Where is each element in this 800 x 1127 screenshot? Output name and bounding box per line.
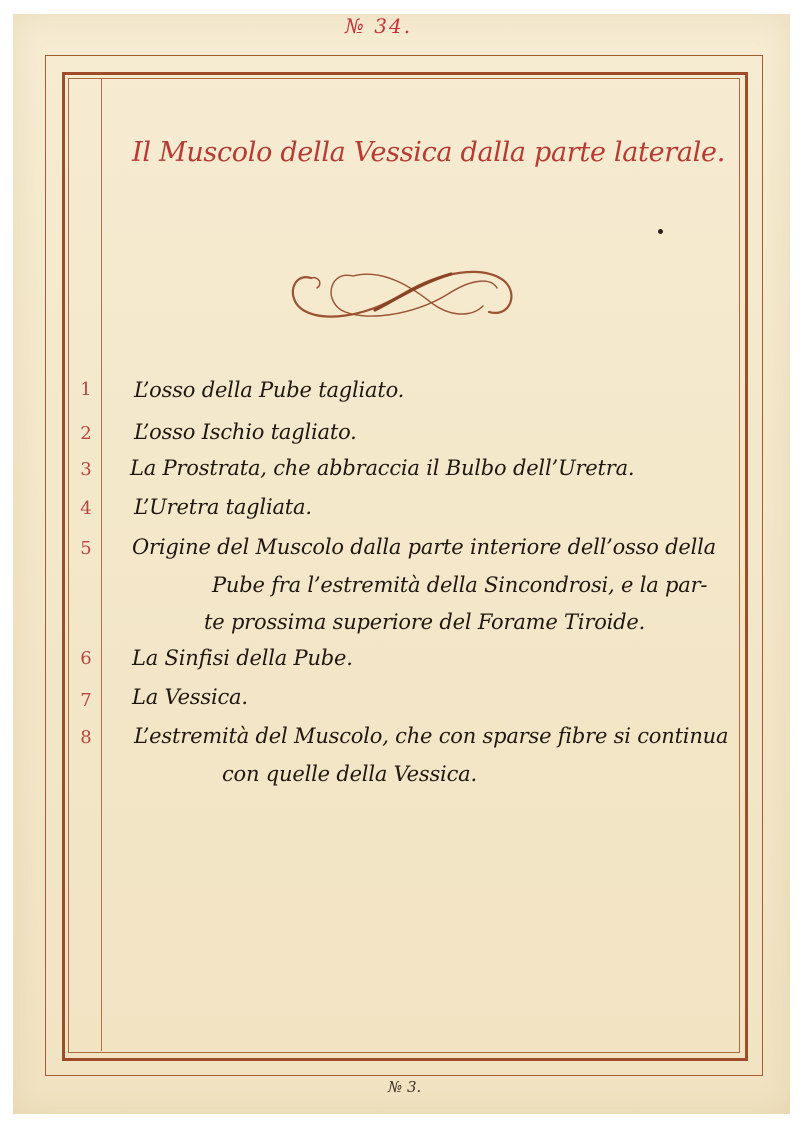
entry-number: 4 bbox=[72, 498, 100, 519]
calligraphic-flourish-icon bbox=[283, 258, 523, 328]
entry-text: L’estremità del Muscolo, che con sparse … bbox=[134, 724, 728, 748]
page-title: Il Muscolo della Vessica dalla parte lat… bbox=[132, 137, 732, 168]
entry-text: L’osso della Pube tagliato. bbox=[134, 378, 404, 402]
entry-text-continuation: con quelle della Vessica. bbox=[222, 762, 477, 786]
entry-text-continuation: Pube fra l’estremità della Sincondrosi, … bbox=[212, 573, 707, 597]
ink-blot bbox=[658, 229, 663, 234]
entry-number: 3 bbox=[72, 459, 100, 480]
entry-number: 5 bbox=[72, 538, 100, 559]
entry-text: L’osso Ischio tagliato. bbox=[134, 420, 357, 444]
entry-number: 7 bbox=[72, 690, 100, 711]
entry-text-continuation: te prossima superiore del Forame Tiroide… bbox=[204, 610, 645, 634]
entry-text: L’Uretra tagliata. bbox=[134, 495, 312, 519]
entry-text: La Vessica. bbox=[132, 685, 248, 709]
margin-rule bbox=[101, 79, 102, 1051]
folio-number-bottom: № 3. bbox=[388, 1078, 421, 1096]
entry-number: 8 bbox=[72, 727, 100, 748]
entry-number: 6 bbox=[72, 648, 100, 669]
folio-number-top: № 34. bbox=[345, 14, 412, 38]
inner-border-thin-rule bbox=[68, 78, 740, 1053]
entry-text: Origine del Muscolo dalla parte interior… bbox=[132, 535, 716, 559]
entry-text: La Sinfisi della Pube. bbox=[132, 646, 353, 670]
entry-number: 2 bbox=[72, 423, 100, 444]
entry-text: La Prostrata, che abbraccia il Bulbo del… bbox=[130, 456, 634, 480]
entry-number: 1 bbox=[72, 379, 100, 400]
